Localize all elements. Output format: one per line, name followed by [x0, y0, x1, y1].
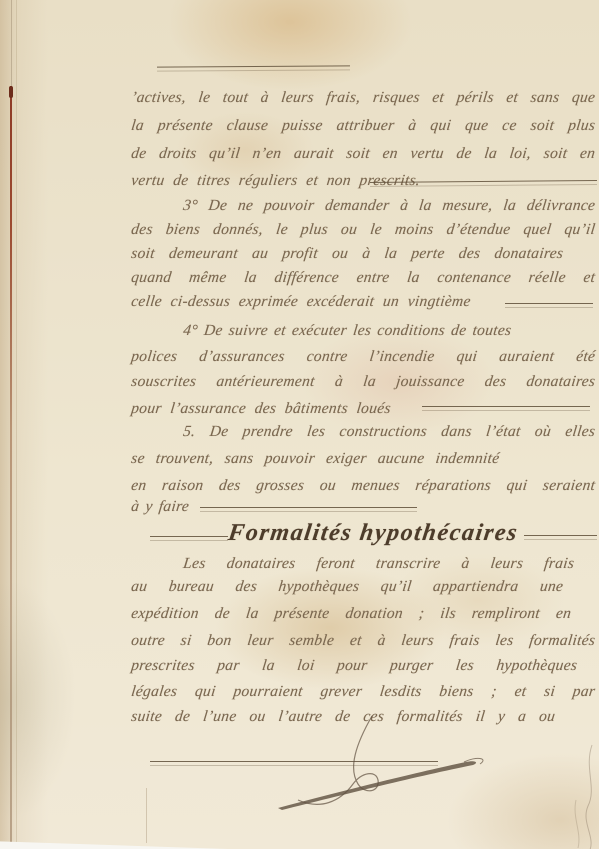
edge-pen-marks: [554, 740, 599, 849]
pen-rule: [505, 303, 593, 308]
paper-fold-line: [146, 788, 147, 843]
manuscript-line: celle ci-dessus exprimée excéderait un v…: [130, 292, 596, 312]
manuscript-line: 4° De suivre et exécuter les conditions …: [130, 321, 596, 341]
manuscript-line: Les donataires feront transcrire à leurs…: [130, 554, 575, 574]
manuscript-line: se trouvent, sans pouvoir exiger aucune …: [130, 449, 596, 469]
margin-ruling-line-faint: [11, 0, 12, 88]
manuscript-line: 3° De ne pouvoir demander à la mesure, l…: [130, 196, 596, 216]
manuscript-line: souscrites antérieurement à la jouissanc…: [130, 372, 596, 392]
signature-flourish: [268, 716, 498, 816]
manuscript-line: quand même la différence entre la conten…: [130, 268, 596, 288]
paper-sheet: ’actives, le tout à leurs frais, risques…: [0, 0, 599, 849]
manuscript-line: au bureau des hypothèques qu’il appartie…: [130, 577, 564, 597]
pen-rule: [157, 65, 350, 71]
pen-rule: [200, 507, 417, 512]
manuscript-line: 5. De prendre les constructions dans l’é…: [130, 422, 596, 442]
manuscript-line: la présente clause puisse attribuer à qu…: [130, 116, 596, 136]
manuscript-line: polices d’assurances contre l’incendie q…: [130, 347, 596, 367]
manuscript-line: des biens donnés, le plus ou le moins d’…: [130, 220, 596, 240]
margin-ruling-line: [10, 86, 12, 849]
manuscript-line: outre si bon leur semble et à leurs frai…: [130, 631, 596, 651]
manuscript-line: ’actives, le tout à leurs frais, risques…: [130, 88, 596, 108]
manuscript-line: expédition de la présente donation ; ils…: [130, 604, 572, 624]
section-heading: Formalités hypothécaires: [226, 516, 521, 550]
pen-rule: [524, 535, 597, 540]
manuscript-line: en raison des grosses ou menues réparati…: [130, 476, 596, 496]
manuscript-line: soit demeurant au profit ou à la perte d…: [130, 244, 564, 264]
manuscript-line: prescrites par la loi pour purger les hy…: [130, 656, 578, 676]
manuscript-line: de droits qu’il n’en aurait soit en vert…: [130, 144, 596, 164]
manuscript-line: légales qui pourraient grever lesdits bi…: [130, 682, 596, 702]
paper-fold-line: [16, 0, 17, 849]
pen-rule: [150, 536, 228, 541]
margin-ruling-line-cap: [9, 86, 13, 98]
pen-rule: [422, 406, 590, 411]
scanned-page: ’actives, le tout à leurs frais, risques…: [0, 0, 599, 849]
